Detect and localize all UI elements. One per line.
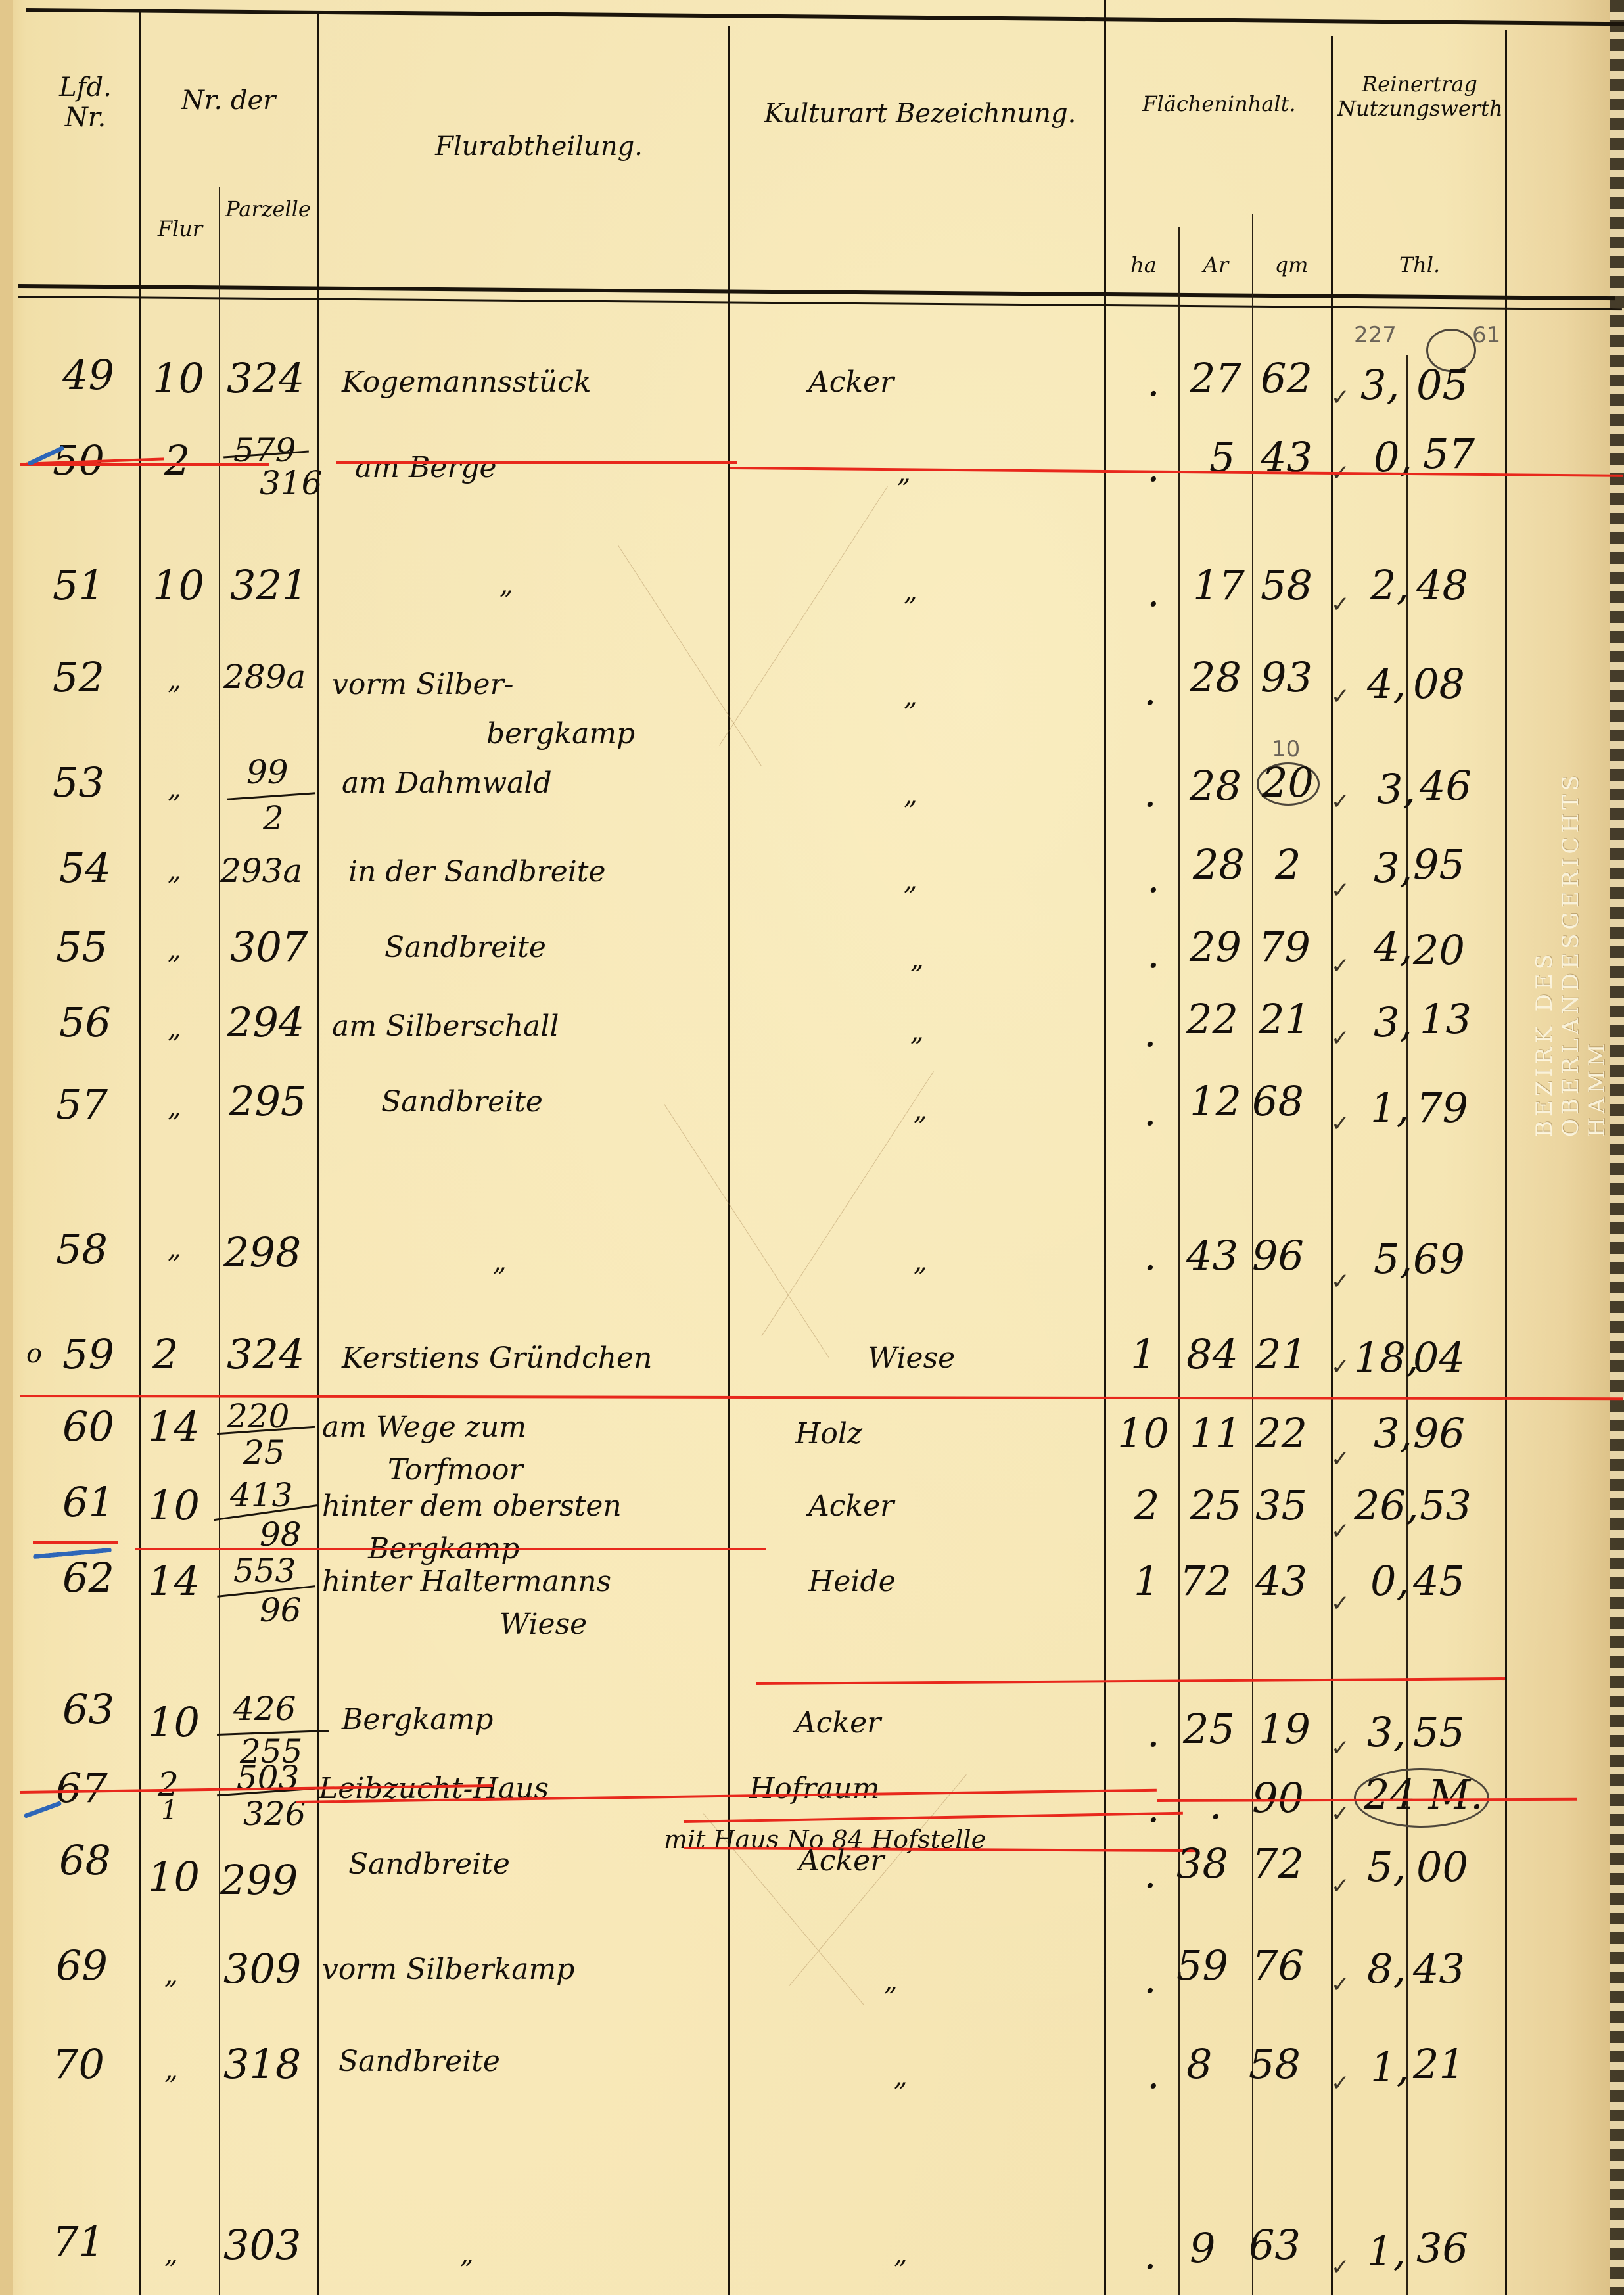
paper-fold bbox=[664, 1103, 829, 1357]
row-kulturart: „ bbox=[884, 1968, 898, 1995]
row-ha: . bbox=[1147, 1712, 1160, 1753]
row-pf: 48 bbox=[1416, 565, 1468, 606]
row-kulturart: Acker bbox=[808, 368, 894, 397]
row-qm: 93 bbox=[1261, 657, 1312, 698]
row-flur: „ bbox=[168, 776, 181, 802]
row-flur: „ bbox=[164, 2241, 178, 2267]
row-pf: 57 bbox=[1423, 434, 1475, 475]
row-parzelle: 294 bbox=[227, 1002, 304, 1043]
row-thaler: 3, bbox=[1374, 1413, 1412, 1454]
row-kulturart: „ bbox=[894, 2064, 908, 2090]
red-strike-line bbox=[20, 463, 269, 466]
check-mark: ✓ bbox=[1331, 384, 1350, 411]
row-pf: 96 bbox=[1413, 1413, 1465, 1454]
row-flur: „ bbox=[164, 2057, 178, 2083]
row-flurabteilung: am Wege zum bbox=[322, 1413, 526, 1442]
row-flurabteilung: „ bbox=[460, 2241, 474, 2267]
header-flaecheninhalt: Flächeninhalt. bbox=[1111, 92, 1328, 116]
row-nr: 52 bbox=[53, 657, 104, 698]
row-ha: . bbox=[1144, 1091, 1157, 1132]
row-thaler: 3, bbox=[1377, 769, 1416, 810]
row-thaler: 3, bbox=[1374, 1002, 1412, 1043]
check-mark: ✓ bbox=[1331, 1972, 1350, 1998]
col-rule-kulturart bbox=[1104, 0, 1106, 2295]
row-nr: 60 bbox=[62, 1406, 114, 1447]
row-nr: 53 bbox=[53, 762, 104, 803]
row-ar: 72 bbox=[1180, 1561, 1232, 1602]
row-ar: 28 bbox=[1190, 766, 1241, 806]
row-parzelle-sub: 25 bbox=[243, 1436, 285, 1469]
row-nr: 68 bbox=[59, 1840, 111, 1881]
row-nr: 57 bbox=[56, 1084, 108, 1125]
col-rule-nr bbox=[139, 12, 141, 2295]
row-qm: 79 bbox=[1259, 927, 1311, 967]
row-ha: . bbox=[1144, 1236, 1157, 1276]
check-mark: ✓ bbox=[1331, 953, 1350, 979]
header-reinertrag: Reinertrag Nutzungswerth bbox=[1337, 72, 1502, 121]
row-pf: 04 bbox=[1413, 1337, 1465, 1378]
row-thaler: 0, bbox=[1370, 1561, 1409, 1602]
row-parzelle: 298 bbox=[223, 1232, 301, 1273]
row-thaler: 1, bbox=[1367, 2231, 1406, 2272]
col-rule-qm bbox=[1331, 36, 1333, 2295]
check-mark: ✓ bbox=[1331, 591, 1350, 618]
row-thaler: 1, bbox=[1370, 1088, 1409, 1128]
embossed-stamp: BEZIRK DES OBERLANDESGERICHTS HAMM bbox=[1531, 848, 1571, 1137]
row-parzelle: 307 bbox=[230, 927, 308, 967]
header-lfd-nr: Lfd. Nr. bbox=[36, 72, 135, 133]
row-thaler: 8, bbox=[1367, 1949, 1406, 1989]
row-parzelle: 321 bbox=[230, 565, 308, 606]
row-pf: 79 bbox=[1416, 1088, 1468, 1128]
row-pf: 08 bbox=[1413, 664, 1465, 705]
row-flurabteilung: Sandbreite bbox=[384, 933, 546, 962]
row-ar: 22 bbox=[1186, 999, 1238, 1040]
header-parzelle: Parzelle bbox=[222, 197, 314, 221]
pencil-note-61: 61 bbox=[1472, 322, 1500, 348]
red-strike-line bbox=[756, 1677, 1505, 1685]
row-kulturart: Acker bbox=[808, 1492, 894, 1521]
row-parzelle: 318 bbox=[223, 2044, 301, 2085]
row-nr: 51 bbox=[53, 565, 104, 606]
check-mark: ✓ bbox=[1331, 1735, 1350, 1761]
row-nr: 59 bbox=[62, 1334, 114, 1375]
row-parzelle-sub: 2 bbox=[263, 802, 284, 835]
row-ar: 59 bbox=[1176, 1945, 1228, 1986]
row-kulturart: „ bbox=[904, 684, 917, 710]
row-qm: 62 bbox=[1261, 358, 1312, 399]
check-mark: ✓ bbox=[1331, 1111, 1350, 1137]
row-nr: 62 bbox=[62, 1558, 114, 1598]
header-ar: Ar bbox=[1183, 253, 1249, 277]
row-parzelle: 303 bbox=[223, 2225, 301, 2265]
check-mark: ✓ bbox=[1331, 1518, 1350, 1544]
row-ar: 25 bbox=[1190, 1485, 1241, 1526]
row-ar: 17 bbox=[1193, 565, 1245, 606]
row-nr: 67 bbox=[56, 1768, 108, 1809]
paper-fold bbox=[762, 1071, 934, 1336]
check-mark: ✓ bbox=[1331, 1354, 1350, 1380]
row-flurabteilung: Sandbreite bbox=[381, 1088, 543, 1117]
row-pf: 13 bbox=[1420, 999, 1472, 1040]
header-kulturart: Kulturart Bezeichnung. bbox=[756, 99, 1084, 129]
row-kulturart: „ bbox=[904, 782, 917, 808]
row-thaler: 5, bbox=[1374, 1239, 1412, 1280]
row-flur: 14 bbox=[148, 1561, 200, 1602]
row-parzelle: 324 bbox=[227, 1334, 304, 1375]
row-ha: . bbox=[1147, 858, 1160, 898]
row-ar: 43 bbox=[1186, 1236, 1238, 1276]
row-flurabteilung: am Dahmwald bbox=[342, 769, 552, 798]
book-binding-edge bbox=[1610, 0, 1624, 2295]
row-ha: . bbox=[1147, 572, 1160, 613]
row-ar: 9 bbox=[1190, 2228, 1215, 2269]
check-mark: ✓ bbox=[1331, 877, 1350, 904]
row-kulturart: „ bbox=[910, 946, 924, 973]
row-pf: 05 bbox=[1416, 365, 1468, 406]
row-flur: 2 bbox=[164, 440, 190, 481]
row-qm: 58 bbox=[1249, 2044, 1301, 2085]
row-nr: 55 bbox=[56, 927, 108, 967]
paper-fold bbox=[789, 1774, 967, 1986]
row-nr: 58 bbox=[56, 1229, 108, 1270]
row-kulturart: Wiese bbox=[868, 1344, 955, 1373]
row-ha: . bbox=[1144, 1012, 1157, 1053]
paper-fold bbox=[719, 486, 888, 746]
row-flurabteilung: am Berge bbox=[355, 453, 497, 482]
row-thaler: 4, bbox=[1374, 927, 1412, 967]
row-qm: 22 bbox=[1255, 1413, 1307, 1454]
row-flurabteilung: hinter dem obersten bbox=[322, 1492, 622, 1521]
row-nr: 61 bbox=[62, 1482, 114, 1523]
row-qm: 90 bbox=[1252, 1778, 1304, 1819]
row-ar: 8 bbox=[1186, 2044, 1212, 2085]
row-flurabteilung: Kogemannsstück bbox=[342, 368, 592, 397]
row-thaler: 2, bbox=[1370, 565, 1409, 606]
row-flurabteilung: „ bbox=[499, 572, 513, 598]
row-thaler: 24 M. bbox=[1364, 1774, 1483, 1815]
row-kulturart: „ bbox=[894, 2241, 908, 2267]
row-flurabteilung: Kerstiens Gründchen bbox=[342, 1344, 652, 1373]
row-flurabteilung-line2: Torfmoor bbox=[388, 1456, 522, 1485]
row-qm: 63 bbox=[1249, 2225, 1301, 2265]
col-rule-parzelle bbox=[317, 13, 319, 2295]
row-ha: 1 bbox=[1134, 1561, 1159, 1602]
red-strike-line bbox=[730, 467, 1623, 477]
row-ar: 28 bbox=[1190, 657, 1241, 698]
row-ha: 2 bbox=[1134, 1485, 1159, 1526]
row-ar: . bbox=[1209, 1784, 1222, 1825]
row-flurabteilung: in der Sandbreite bbox=[348, 858, 606, 887]
row-flurabteilung: am Silberschall bbox=[332, 1012, 559, 1041]
row-kulturart: Hofraum bbox=[749, 1774, 879, 1803]
row-thaler: 1, bbox=[1370, 2047, 1409, 2088]
check-mark: ✓ bbox=[1331, 1590, 1350, 1617]
row-flur: „ bbox=[168, 1015, 181, 1042]
paper-fold bbox=[618, 545, 762, 766]
red-strike-line bbox=[135, 1548, 766, 1550]
row-parzelle: 553 bbox=[233, 1554, 296, 1587]
row-ar: 38 bbox=[1176, 1843, 1228, 1884]
row-kulturart: „ bbox=[904, 578, 917, 605]
row-pf: 69 bbox=[1413, 1239, 1465, 1280]
row-flur: „ bbox=[168, 937, 181, 963]
row-thaler: 3, bbox=[1374, 848, 1412, 889]
row-flurabteilung: Bergkamp bbox=[342, 1705, 493, 1734]
row-kulturart: „ bbox=[910, 1019, 924, 1045]
row-pf: 00 bbox=[1416, 1847, 1468, 1888]
row-parzelle: 413 bbox=[230, 1479, 292, 1512]
row-parzelle: 299 bbox=[220, 1860, 298, 1901]
row-thaler: 26, bbox=[1354, 1485, 1419, 1526]
row-kulturart: Acker bbox=[799, 1847, 884, 1876]
row-pf: 46 bbox=[1420, 766, 1472, 806]
check-mark: ✓ bbox=[1331, 1801, 1350, 1827]
row-ar: 27 bbox=[1190, 358, 1241, 399]
row-flur: „ bbox=[168, 858, 181, 884]
row-qm: 58 bbox=[1261, 565, 1312, 606]
row-parzelle: 579 bbox=[233, 434, 296, 467]
row-pf: 45 bbox=[1413, 1561, 1465, 1602]
row-flur: 10 bbox=[152, 565, 204, 606]
row-flurabteilung: Sandbreite bbox=[348, 1850, 510, 1879]
row-flurabteilung: hinter Haltermanns bbox=[322, 1567, 611, 1596]
row-pf: 53 bbox=[1420, 1485, 1472, 1526]
red-strike-line bbox=[33, 1541, 118, 1544]
row-ha: . bbox=[1144, 1959, 1157, 1999]
row-pf: 95 bbox=[1413, 845, 1465, 885]
row-flur: 10 bbox=[148, 1857, 200, 1897]
row-nr: 71 bbox=[53, 2221, 104, 2262]
row-ha: . bbox=[1147, 1788, 1160, 1828]
row-thaler: 18, bbox=[1354, 1337, 1419, 1378]
row-nr: 70 bbox=[53, 2044, 104, 2085]
row-parzelle-sub: 96 bbox=[260, 1594, 302, 1627]
check-mark: ✓ bbox=[1331, 2254, 1350, 2281]
row-qm: 72 bbox=[1252, 1843, 1304, 1884]
row-qm: 21 bbox=[1259, 999, 1311, 1040]
row-parzelle: 99 bbox=[246, 756, 289, 789]
row-ha: 1 bbox=[1130, 1334, 1156, 1375]
row-flurabteilung: vorm Silber- bbox=[332, 670, 513, 699]
row-flurabteilung: vorm Silberkamp bbox=[322, 1955, 574, 1984]
row-qm: 19 bbox=[1259, 1709, 1311, 1750]
col-rule-flurabteilung bbox=[728, 26, 730, 2295]
row-parzelle: 295 bbox=[229, 1081, 306, 1122]
row-ar: 25 bbox=[1183, 1709, 1235, 1750]
row-flurabteilung-line2: Wiese bbox=[499, 1610, 587, 1639]
row-kulturart: Holz bbox=[795, 1420, 862, 1449]
row-ha: 10 bbox=[1117, 1413, 1169, 1454]
row-ha: . bbox=[1147, 2054, 1160, 2095]
row-thaler: 5, bbox=[1367, 1847, 1406, 1888]
header-flur: Flur bbox=[143, 217, 217, 241]
top-rule bbox=[26, 8, 1624, 26]
row-ar: 28 bbox=[1193, 845, 1245, 885]
row-ha: . bbox=[1144, 1853, 1157, 1894]
row-qm: 35 bbox=[1255, 1485, 1307, 1526]
row-qm: 96 bbox=[1252, 1236, 1304, 1276]
row-pf: 43 bbox=[1413, 1949, 1465, 1989]
pencil-note-227: 227 bbox=[1354, 322, 1397, 348]
row-ha: . bbox=[1144, 2235, 1157, 2275]
check-mark: ✓ bbox=[1331, 2070, 1350, 2097]
row-ar: 84 bbox=[1186, 1334, 1238, 1375]
row-qm: 21 bbox=[1255, 1334, 1307, 1375]
check-mark: ✓ bbox=[1331, 1873, 1350, 1899]
row-parzelle: 293a bbox=[220, 854, 302, 887]
row-parzelle: 426 bbox=[233, 1692, 296, 1725]
row-parzelle: 289a bbox=[223, 661, 306, 693]
header-ha: ha bbox=[1111, 253, 1176, 277]
row-qm: 68 bbox=[1252, 1081, 1304, 1122]
row-flur: 2 bbox=[152, 1334, 178, 1375]
row-flur: 10 bbox=[152, 358, 204, 399]
row-thaler: 3, bbox=[1360, 365, 1399, 406]
page-left-edge bbox=[0, 0, 13, 2295]
row-ha: . bbox=[1147, 447, 1160, 488]
check-mark: ✓ bbox=[1331, 1268, 1350, 1295]
row-qm: 2 bbox=[1275, 845, 1301, 885]
row-ha: . bbox=[1144, 670, 1157, 711]
row-pf: 20 bbox=[1413, 930, 1465, 971]
row-flurabteilung: Sandbreite bbox=[338, 2047, 500, 2076]
row-flur: „ bbox=[168, 1236, 181, 1262]
red-strike-line bbox=[336, 461, 737, 464]
row-thaler: 3, bbox=[1367, 1712, 1406, 1753]
row-flur: „ bbox=[164, 1962, 178, 1988]
row-kulturart: „ bbox=[897, 460, 911, 486]
row-flur: „ bbox=[168, 667, 181, 693]
row-ha: . bbox=[1147, 361, 1160, 402]
row-parzelle-sub: 316 bbox=[260, 467, 322, 499]
row-thaler: 4, bbox=[1367, 664, 1406, 705]
row-flurabteilung: „ bbox=[493, 1249, 507, 1275]
row-ar: 11 bbox=[1190, 1413, 1241, 1454]
row-flurabteilung-line2: bergkamp bbox=[486, 720, 635, 749]
col-rule-thaler bbox=[1406, 355, 1408, 2295]
row-qm: 76 bbox=[1252, 1945, 1304, 1986]
row-qm: 43 bbox=[1255, 1561, 1307, 1602]
row-nr: 63 bbox=[62, 1689, 114, 1730]
row-ar: 12 bbox=[1190, 1081, 1241, 1122]
register-page: Lfd. Nr. Nr. der Flur Parzelle Flurabthe… bbox=[0, 0, 1624, 2295]
row-nr: 54 bbox=[59, 848, 111, 889]
check-mark: ✓ bbox=[1331, 789, 1350, 815]
header-nr-der: Nr. der bbox=[141, 85, 315, 116]
row-parzelle: 324 bbox=[227, 358, 304, 399]
row-kulturart: „ bbox=[904, 868, 917, 894]
row-qm: 20 bbox=[1262, 762, 1314, 803]
margin-mark: o bbox=[26, 1341, 42, 1367]
row-ha: . bbox=[1144, 772, 1157, 813]
row-flur-sub: 1 bbox=[161, 1797, 177, 1824]
row-nr: 56 bbox=[59, 1002, 111, 1043]
col-rule-flur bbox=[219, 187, 220, 2295]
row-kulturart: Heide bbox=[808, 1567, 896, 1596]
row-ar: 29 bbox=[1190, 927, 1241, 967]
col-rule-pf bbox=[1505, 30, 1507, 2295]
row-kulturart: „ bbox=[914, 1249, 927, 1275]
row-kulturart: Acker bbox=[795, 1709, 881, 1738]
row-parzelle: 309 bbox=[223, 1949, 301, 1989]
row-pf: 55 bbox=[1413, 1712, 1465, 1753]
row-parzelle-sub: 98 bbox=[260, 1518, 302, 1551]
row-kulturart: „ bbox=[914, 1098, 927, 1124]
row-nr: 49 bbox=[62, 355, 114, 396]
header-thaler: Thl. bbox=[1337, 253, 1502, 277]
row-nr: 69 bbox=[56, 1945, 108, 1986]
row-flur: 10 bbox=[148, 1702, 200, 1743]
row-pf: 21 bbox=[1413, 2044, 1465, 2085]
row-flur: „ bbox=[168, 1094, 181, 1121]
check-mark: ✓ bbox=[1331, 684, 1350, 710]
row-flur: 14 bbox=[148, 1406, 200, 1447]
check-mark: ✓ bbox=[1331, 1025, 1350, 1052]
header-qm: qm bbox=[1255, 253, 1328, 277]
header-flurabteilung: Flurabtheilung. bbox=[368, 131, 710, 162]
check-mark: ✓ bbox=[1331, 1446, 1350, 1472]
row-ha: . bbox=[1147, 933, 1160, 974]
row-flur: 10 bbox=[148, 1485, 200, 1526]
row-pf: 36 bbox=[1416, 2228, 1468, 2269]
